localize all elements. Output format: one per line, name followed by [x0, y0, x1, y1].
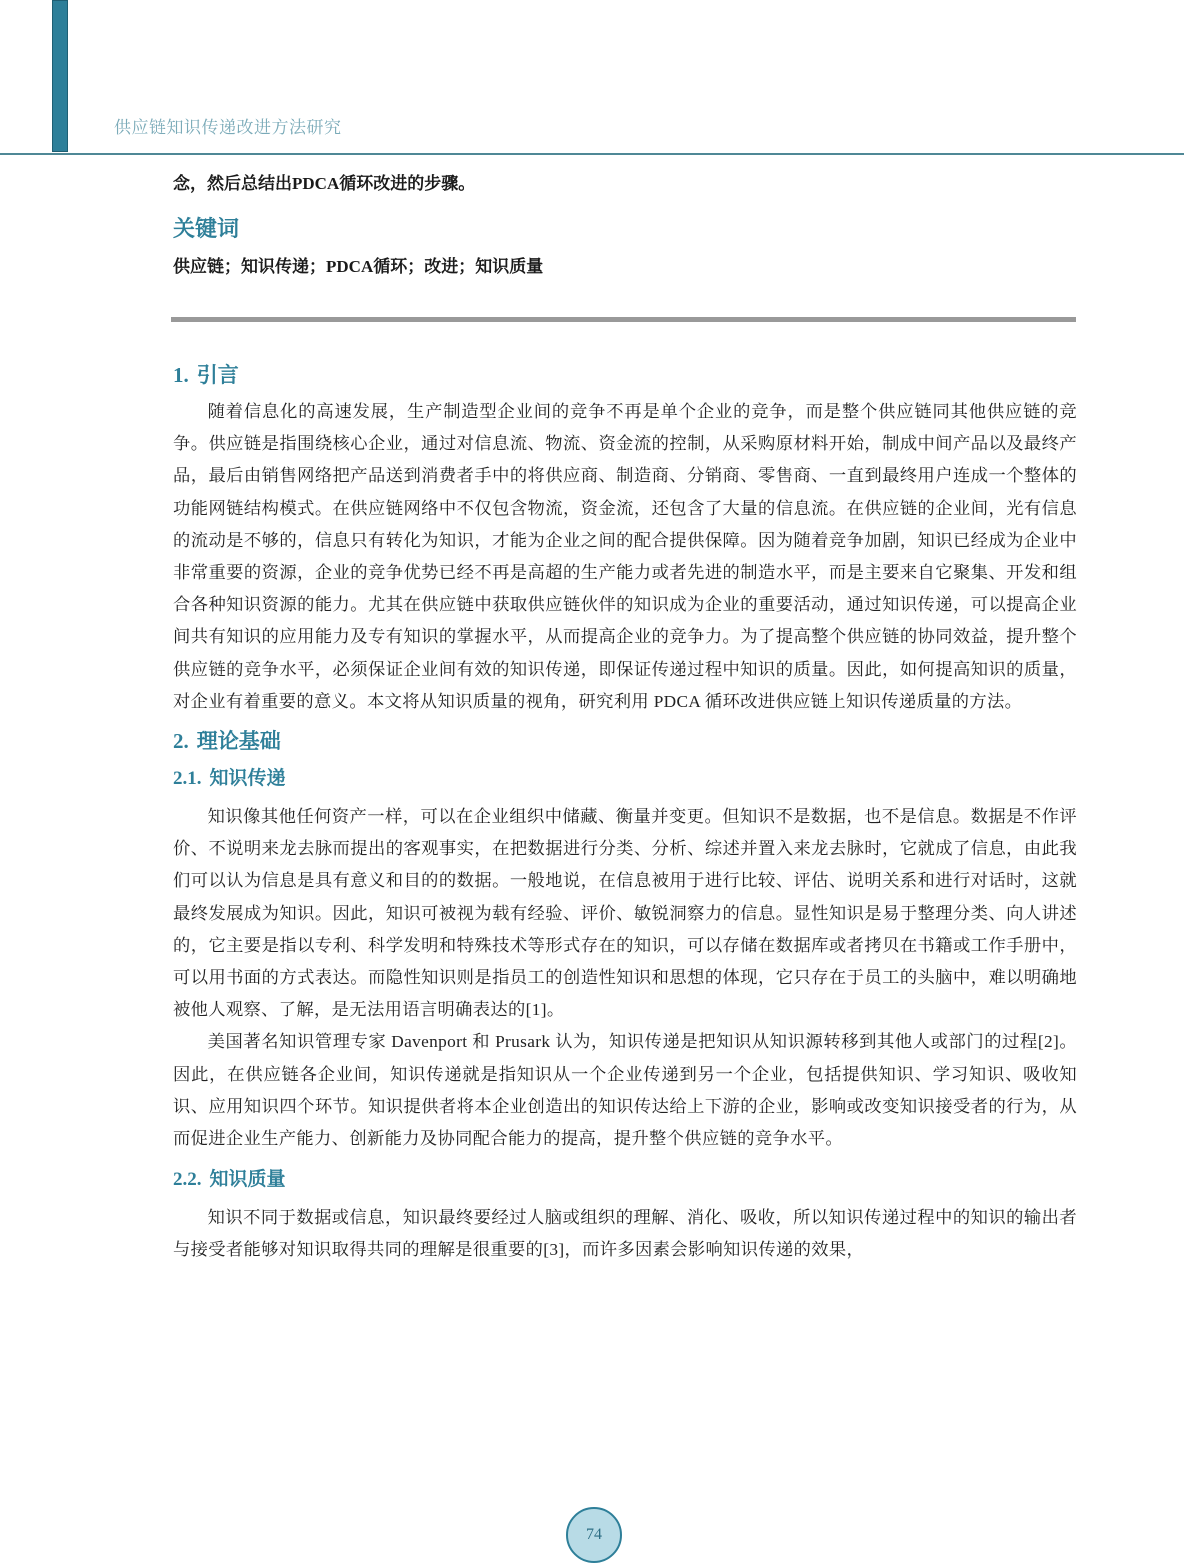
running-title: 供应链知识传递改进方法研究	[114, 113, 342, 138]
paragraph: 知识不同于数据或信息，知识最终要经过人脑或组织的理解、消化、吸收，所以知识传递过…	[173, 1202, 1077, 1266]
section-heading-1: 1.引言	[173, 360, 1077, 390]
section-title: 引言	[197, 363, 239, 387]
page-number: 74	[586, 1526, 602, 1544]
section-number: 1.	[173, 363, 189, 387]
paragraph: 随着信息化的高速发展，生产制造型企业间的竞争不再是单个企业的竞争，而是整个供应链…	[173, 396, 1077, 718]
paragraph: 知识像其他任何资产一样，可以在企业组织中储藏、衡量并变更。但知识不是数据，也不是…	[173, 801, 1077, 1026]
subsection-number: 2.2.	[173, 1169, 202, 1190]
section-number: 2.	[173, 729, 189, 753]
header-divider	[0, 153, 1184, 155]
keywords-heading: 关键词	[173, 214, 1077, 246]
page-number-badge: 74	[566, 1507, 622, 1563]
section-title: 理论基础	[197, 729, 281, 753]
subsection-number: 2.1.	[173, 768, 202, 789]
page-content: 念，然后总结出PDCA循环改进的步骤。 关键词 供应链；知识传递；PDCA循环；…	[173, 166, 1077, 1267]
abstract-divider	[171, 317, 1076, 322]
subsection-heading-2-1: 2.1.知识传递	[173, 764, 1077, 793]
paragraph: 美国著名知识管理专家 Davenport 和 Prusark 认为，知识传递是把…	[173, 1026, 1077, 1155]
subsection-heading-2-2: 2.2.知识质量	[173, 1165, 1077, 1194]
subsection-title: 知识质量	[210, 1168, 286, 1190]
decorative-side-bar	[52, 0, 68, 152]
section-heading-2: 2.理论基础	[173, 726, 1077, 756]
keywords-text: 供应链；知识传递；PDCA循环；改进；知识质量	[173, 254, 1077, 280]
subsection-title: 知识传递	[210, 767, 286, 789]
abstract-tail: 念，然后总结出PDCA循环改进的步骤。	[173, 170, 1077, 198]
